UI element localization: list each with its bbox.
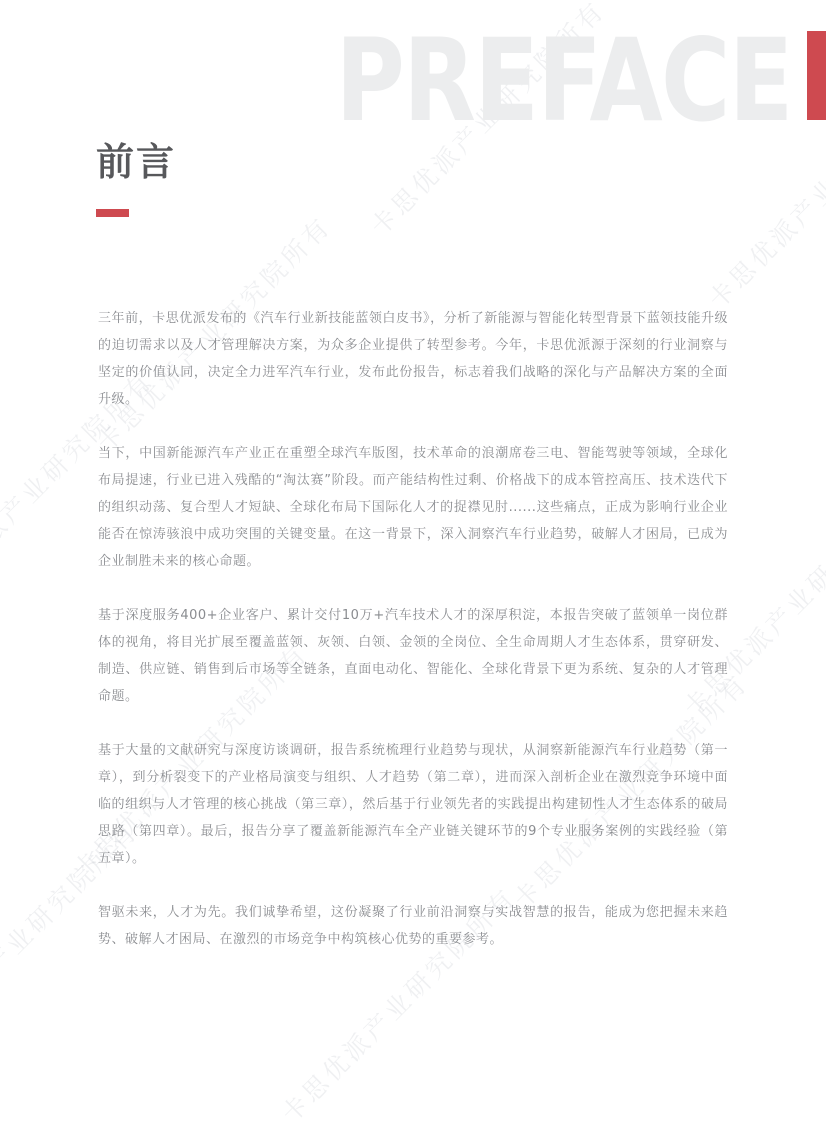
paragraph: 基于大量的文献研究与深度访谈调研，报告系统梳理行业趋势与现状，从洞察新能源汽车行… [98,737,728,872]
preface-page: 卡思优派产业研究院所有卡思优派产业研究院所有卡思优派产业研究院所有卡思优派产业研… [0,0,826,1122]
paragraph: 当下，中国新能源汽车产业正在重塑全球汽车版图，技术革命的浪潮席卷三电、智能驾驶等… [98,440,728,575]
paragraph: 基于深度服务400+企业客户、累计交付10万+汽车技术人才的深厚积淀，本报告突破… [98,602,728,710]
paragraph: 智驱未来，人才为先。我们诚挚希望，这份凝聚了行业前沿洞察与实战智慧的报告，能成为… [98,899,728,953]
title-underline [96,209,129,217]
corner-accent-block [807,31,826,120]
paragraph: 三年前，卡思优派发布的《汽车行业新技能蓝领白皮书》，分析了新能源与智能化转型背景… [98,305,728,413]
preface-background-word: PREFACE [336,24,792,138]
preface-body: 三年前，卡思优派发布的《汽车行业新技能蓝领白皮书》，分析了新能源与智能化转型背景… [98,305,728,980]
page-title: 前言 [96,140,176,184]
